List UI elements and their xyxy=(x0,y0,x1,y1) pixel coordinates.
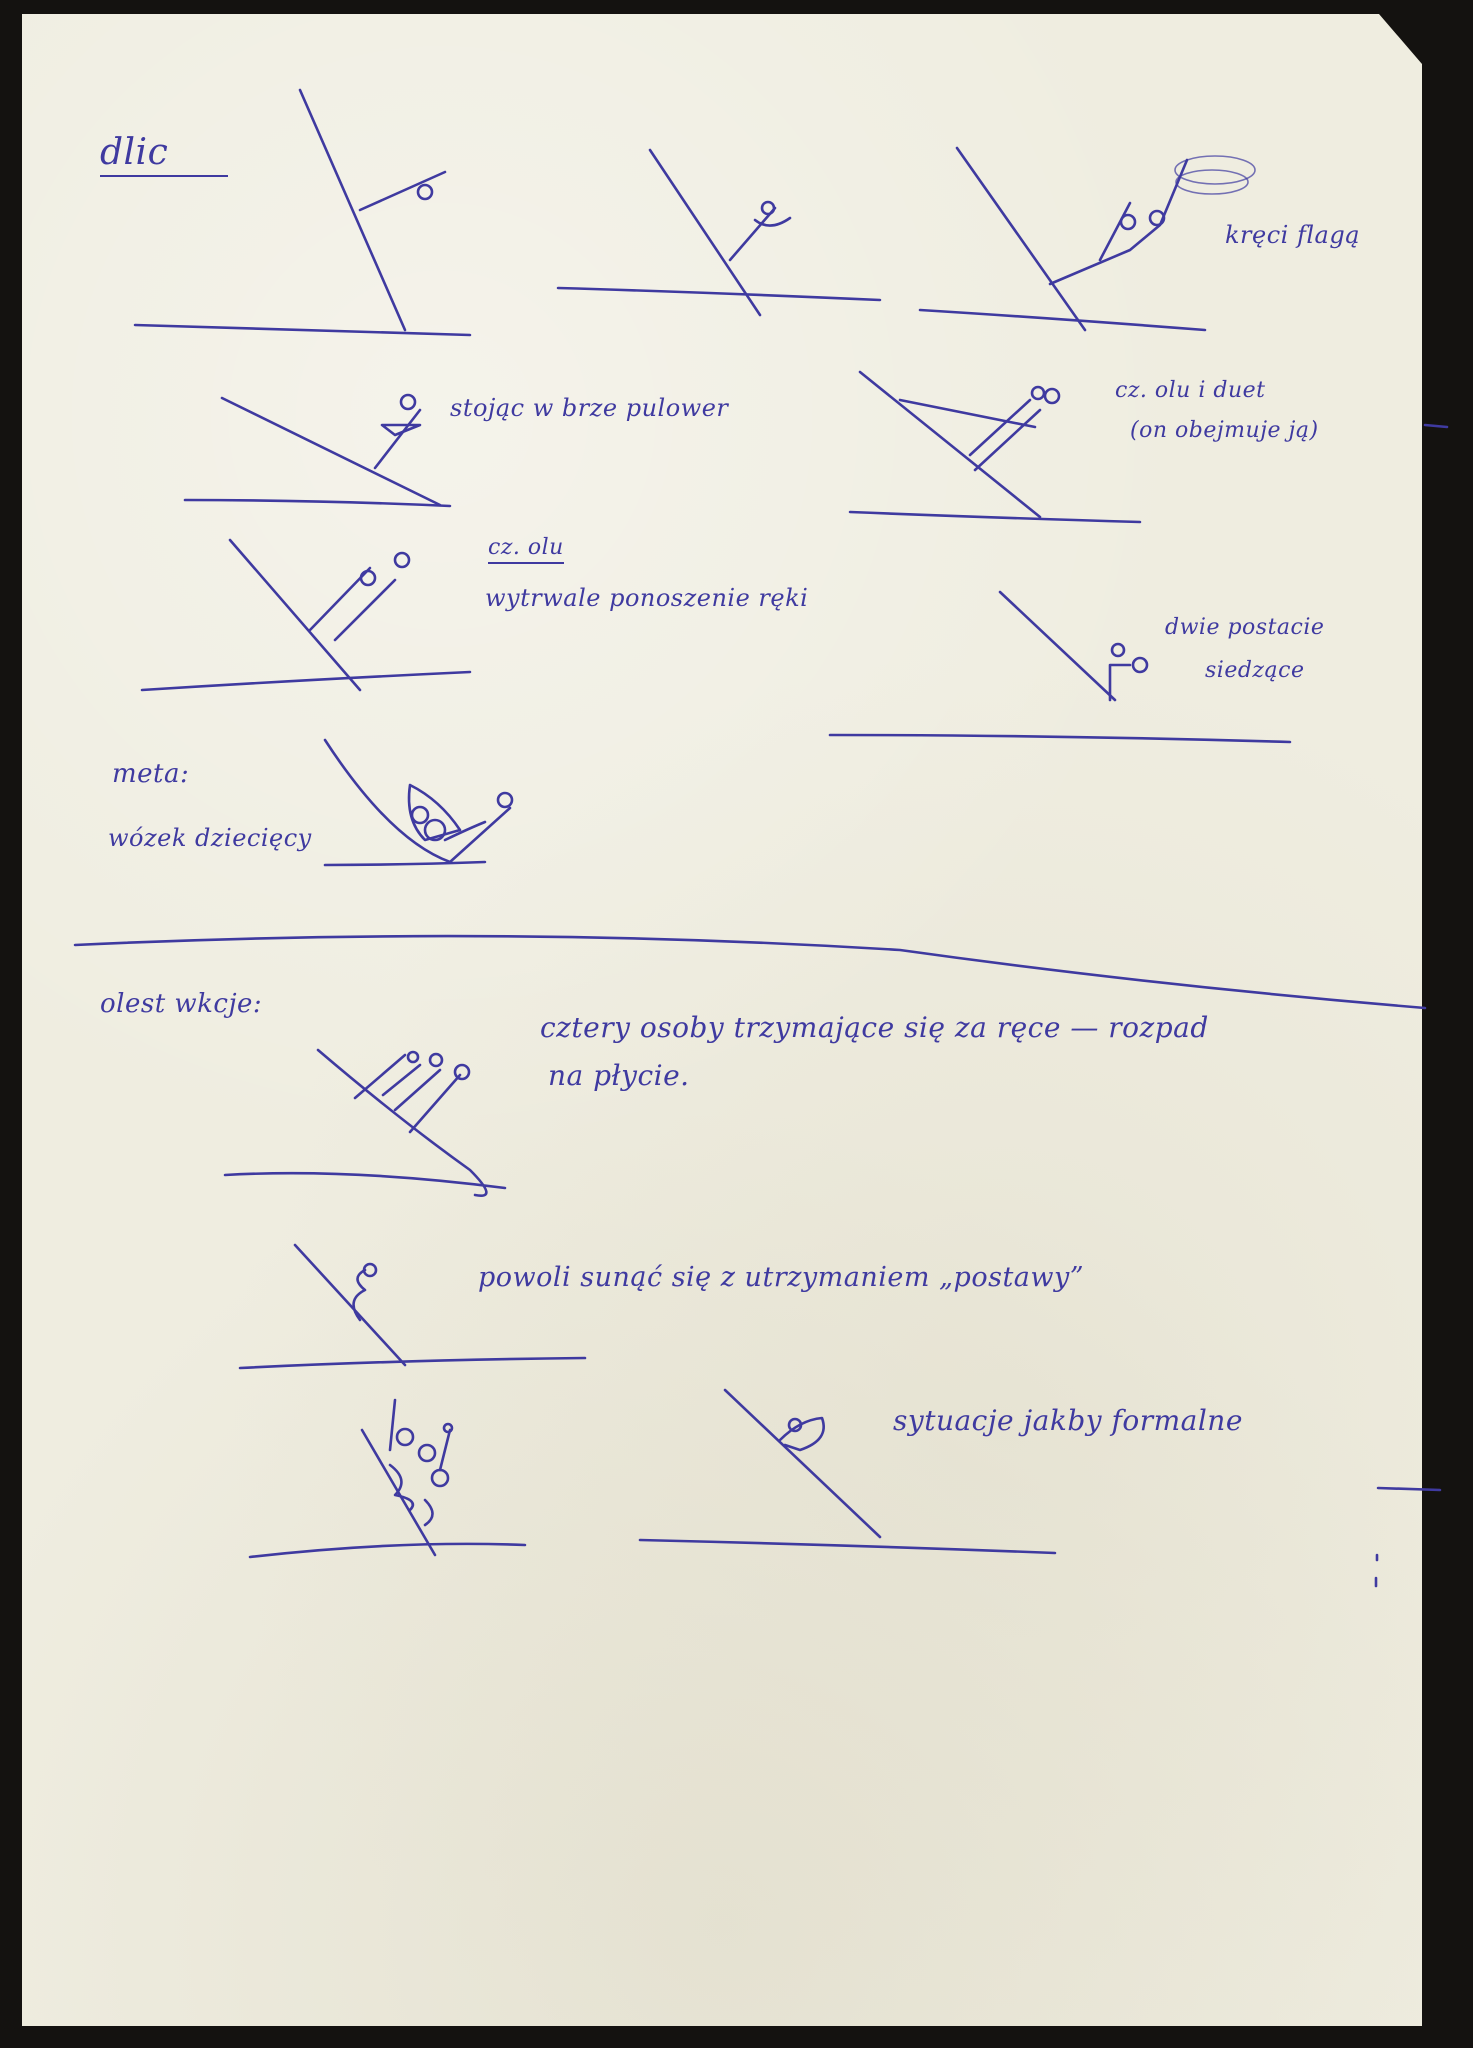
note-meta-2: wózek dziecięcy xyxy=(108,825,312,853)
sketch-four-people xyxy=(225,1050,505,1196)
note-meta-1: meta: xyxy=(112,760,189,790)
margin-dash-2 xyxy=(1378,1488,1440,1490)
sketch-slope-6 xyxy=(142,540,470,690)
note-powoli: powoli sunąć się z utrzymaniem „postawy” xyxy=(478,1262,1084,1293)
note-dwie-postacie-1: dwie postacie xyxy=(1165,615,1324,640)
sketch-slope-2 xyxy=(558,150,880,315)
sketch-slope-3-flag xyxy=(920,148,1255,330)
heading-section-1: dlic xyxy=(100,132,228,177)
note-kreci-flage: kręci flagą xyxy=(1225,222,1360,250)
note-dwie-postacie-2: siedzące xyxy=(1205,658,1304,683)
note-cz-olu-duet-2: (on obejmuje ją) xyxy=(1130,418,1319,443)
sketch-slope-1 xyxy=(135,90,470,335)
margin-dash-1 xyxy=(1425,425,1447,427)
note-cz-olu: cz. olu xyxy=(488,535,564,564)
heading-section-2: olest wkcje: xyxy=(100,990,262,1020)
note-cztery-osoby-1: cztery osoby trzymające się za ręce — ro… xyxy=(540,1012,1209,1044)
note-wytrwale: wytrwale ponoszenie ręki xyxy=(485,585,808,613)
section-divider xyxy=(75,936,1425,1008)
sketch-slope-4 xyxy=(185,395,450,506)
note-cztery-osoby-2: na płycie. xyxy=(548,1060,690,1092)
note-cz-olu-duet-1: cz. olu i duet xyxy=(1115,378,1265,403)
note-stojac: stojąc w brze pulower xyxy=(450,395,728,423)
sketch-group xyxy=(250,1400,525,1557)
sketch-slope-5 xyxy=(850,372,1140,522)
note-sytuacje: sytuacje jakby formalne xyxy=(893,1405,1243,1437)
sketch-pram xyxy=(325,740,512,865)
